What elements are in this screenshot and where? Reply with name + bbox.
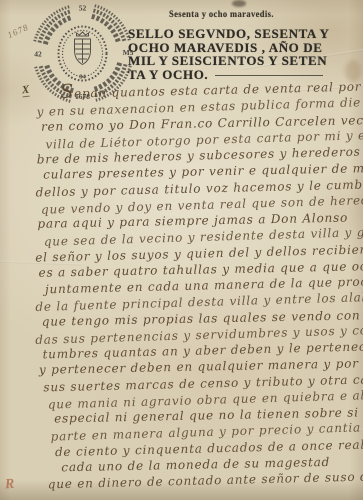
stamp-header: SELLO SEGVNDO, SESENTA Y OCHO MARAVEDIS … xyxy=(128,27,360,81)
seal-number-inner: 84 xyxy=(79,74,86,81)
manuscript-body: Sepan quantos esta carta de venta real p… xyxy=(16,77,363,494)
ink-smudge xyxy=(232,0,246,7)
seal-number-left: 42 xyxy=(34,50,42,59)
seal-number-top: 52 xyxy=(79,4,87,13)
closing-rubric-mark: R xyxy=(4,477,14,494)
marginalia-year: 1678 xyxy=(6,22,30,40)
printed-rule xyxy=(215,75,323,76)
document-page: 1678 52 42 M5 84 1678 Sesenta y ocho mar… xyxy=(0,0,363,500)
stamp-header-line: SELLO SEGVNDO, SESENTA Y xyxy=(128,27,360,41)
seal-coat-of-arms xyxy=(75,32,91,65)
stamp-header-line: OCHO MARAVEDIS , AÑO DE xyxy=(128,41,360,55)
stamp-tax-line: Sesenta y ocho maravedis. xyxy=(169,9,274,20)
stamp-header-line: MIL Y SEISCIENTOS Y SETEN xyxy=(128,54,360,68)
